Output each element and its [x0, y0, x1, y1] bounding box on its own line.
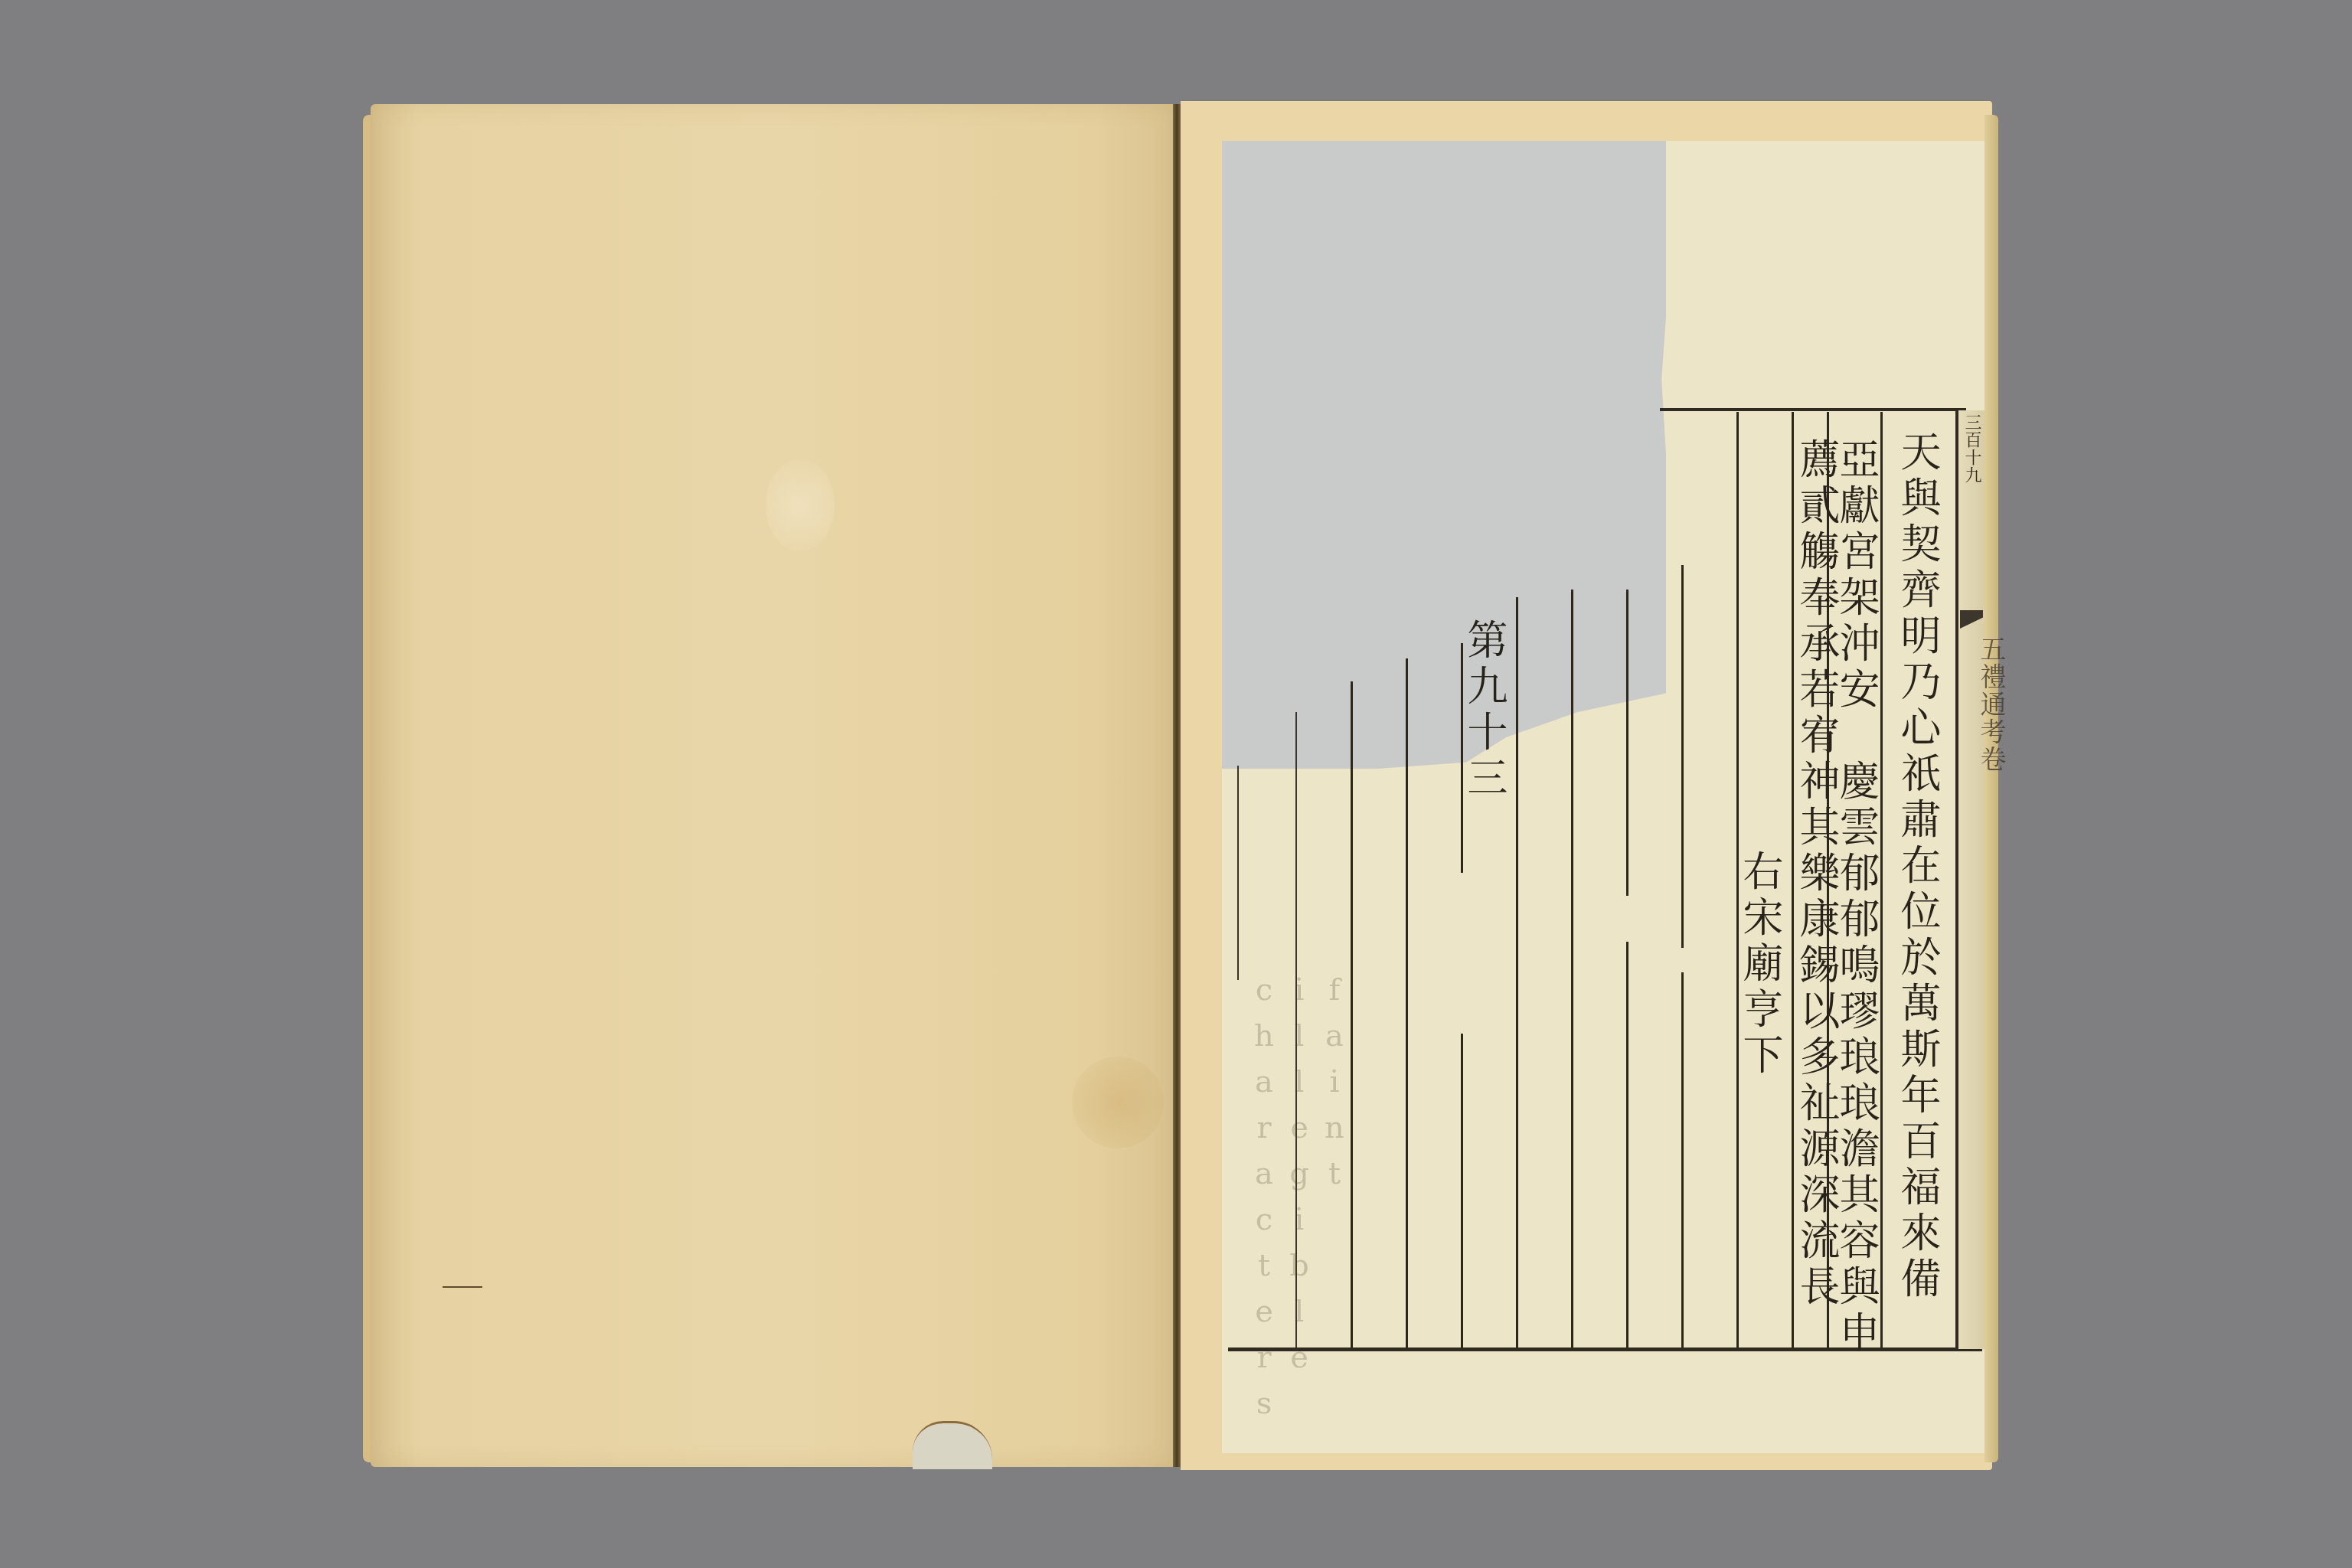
- left-page-light-spot: [766, 459, 835, 551]
- spine-title: 五禮通考卷: [1972, 635, 2010, 773]
- centerfold-banxin: [1958, 410, 1984, 1349]
- text-column-4: 右宋廟亨下: [1739, 850, 1780, 1080]
- column-rule: [1406, 658, 1408, 1347]
- text-column-2: 亞獻宮架沖安 慶雲郁郁鳴璆琅琅澹其容與申: [1836, 438, 1877, 1357]
- left-page-stain: [1072, 1057, 1164, 1148]
- left-page: [371, 104, 1176, 1467]
- text-column-3: 薦貳觴奉承若宥神其樂康錫以多祉源深流長: [1796, 438, 1837, 1311]
- column-rule: [1237, 766, 1239, 980]
- frame-top-border: [1660, 408, 1966, 411]
- column-rule: [1461, 1034, 1463, 1347]
- column-rule: [1626, 942, 1628, 1347]
- text-column-5: 第九十三: [1464, 619, 1504, 802]
- folio-number: 三百十九: [1960, 413, 1984, 484]
- left-page-ink-mark: [443, 1286, 482, 1288]
- column-rule: [1880, 412, 1883, 1347]
- column-rule: [1516, 597, 1518, 1347]
- column-rule: [1681, 972, 1684, 1347]
- book-spine-gutter: [1173, 104, 1181, 1467]
- column-rule: [1626, 590, 1628, 896]
- column-rule: [1681, 565, 1684, 948]
- bleed-through-text: faint illegible characters: [1246, 972, 1352, 1568]
- right-page-fore-edge: [1984, 115, 1998, 1462]
- column-rule: [1571, 590, 1573, 1347]
- text-column-1: 天與契齊明乃心祇肅在位於萬斯年百福來備: [1897, 430, 1938, 1303]
